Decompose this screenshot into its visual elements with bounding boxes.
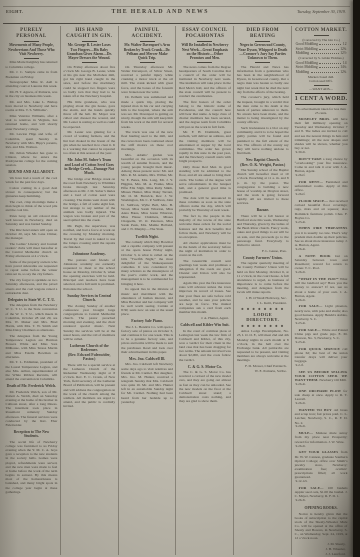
classified-ad: A NOTE BOOK lost on Saturday between tow… — [295, 254, 348, 271]
market-value: 12¾ — [340, 70, 346, 75]
paragraph: The delegates from the Newberry W. C. T.… — [6, 303, 58, 332]
classified-ad: ONE ORCHARD PLOW for sale cheap at once.… — [295, 389, 348, 401]
market-label: Middling — [296, 51, 309, 56]
headline-rule — [24, 41, 39, 42]
ad-lead: FOR SALE— — [299, 486, 324, 490]
signature: F. L. Gause, Pres. — [237, 249, 287, 253]
market-row: Middling12¾ — [295, 70, 348, 75]
paragraph: We have had a touch of the cool winds fo… — [6, 176, 58, 184]
ad-lead: MULE— — [299, 431, 314, 435]
paragraph: The fact is, the people in the majority … — [179, 214, 231, 239]
scan-edge-strip — [353, 0, 360, 557]
ad-code: 9-26-2t. — [296, 299, 348, 303]
box-title: LODGE DIRECTORY. — [237, 312, 289, 322]
subhead: Delegates to State W. C. T. U. — [7, 298, 57, 302]
subhead: C. & G. S. Motor Co. — [180, 365, 230, 369]
paragraph: In the court of common pleas at Lexingto… — [179, 329, 231, 362]
signature: F. D. Mower, Chief Patriarch. — [237, 364, 287, 368]
classified-note: No advertisement taken for less than 25 … — [295, 107, 348, 115]
paragraph: The social life of Newberry college was … — [6, 440, 58, 494]
ad-code: 9-26-4t. — [296, 383, 348, 387]
paragraph: The news comes from the Degree headquart… — [179, 65, 231, 98]
masthead-rule — [3, 23, 350, 24]
ad-lead: FOR SALE— — [299, 328, 321, 332]
paragraph: His little grandson, who was playing abo… — [63, 100, 115, 129]
paragraph: Stenographer Miss R. Aull is attending c… — [6, 80, 58, 88]
paragraph: There will be a special service at the L… — [63, 363, 115, 409]
column-1: PURELY PERSONALMovements of Many People,… — [3, 26, 61, 555]
ad-lead: A NOTE BOOK — [299, 254, 331, 258]
deck-rule — [255, 62, 270, 63]
paragraph: Pates Gray, an old colored man well know… — [6, 214, 58, 226]
masthead: EIGHT. THE HERALD AND NEWS Tuesday, Sept… — [6, 9, 346, 15]
classified-ad: MOSELEY BROS. will have their fall milli… — [295, 117, 348, 150]
paragraph: Mr. and Mrs. Luke L. Bishop have moved t… — [6, 100, 58, 112]
article-headline: PAINFUL ACCIDENT. — [121, 28, 173, 39]
ad-code: 9-26-tf. — [296, 174, 348, 178]
newspaper-page-scan: EIGHT. THE HERALD AND NEWS Tuesday, Sept… — [0, 0, 360, 557]
subhead: Mrs. Jno. Caldwell Ill. — [122, 357, 172, 361]
centered-note: —WANT ADS— — [295, 87, 348, 91]
ad-lead: DON’T TAKE — [299, 157, 322, 161]
paragraph: All charter applications must be in the … — [179, 241, 231, 258]
article-deck: Mr. George B. Lester Loses Two Fingers—H… — [64, 43, 114, 60]
column-4: ESSAY COUNCIL POCAHONTASWill Be Installe… — [176, 26, 234, 555]
paragraph: Some of the property owners who have pav… — [6, 260, 58, 277]
ad-lead: WHEN FIRE THREATENS — [299, 226, 348, 230]
paragraph: The delegates from the Young Temperance … — [6, 334, 58, 359]
subhead: Lutheran Church of the Redeemer. (Rev. E… — [64, 344, 114, 362]
paragraph: The city forgot to sprinkle on two Satur… — [6, 278, 58, 295]
classified-ad: FLOOR SPACE— Just received carload beaut… — [295, 199, 348, 220]
dotted-leader — [319, 49, 338, 50]
ad-lead: SEE US BEFORE SELLING YOUR COTTON SEED. … — [295, 370, 348, 382]
classified-ad: FOR SALE— White and Poland China pigs an… — [295, 328, 348, 340]
ad-code: 9-26-2t. — [296, 271, 348, 275]
deck-rule — [82, 62, 97, 63]
signature: J. J. Langford, — [295, 552, 346, 555]
column-3: PAINFUL ACCIDENT.Mr. Walter Davenport’s … — [119, 26, 177, 555]
ad-code: 9-2-tf. — [296, 364, 348, 368]
classified-ad: WHEN FIRE THREATENS you it is usually to… — [295, 226, 348, 247]
paragraph: Mr. T. L. Eddleman, president of the Lau… — [6, 360, 58, 381]
page-number: EIGHT. — [6, 9, 23, 14]
classified-ad: DON’T TAKE a long chance by “overlooking… — [295, 157, 348, 174]
paragraph: The coroner’s jury, which held the inque… — [237, 95, 289, 124]
paragraph: The Ritz hotel annex will open on Octobe… — [6, 228, 58, 240]
ad-lead: GET YOUR GLASSES — [299, 450, 339, 454]
subhead: Sunday Services in Central Church. — [64, 294, 114, 303]
ad-code: 9-26-2t. — [296, 402, 348, 406]
paragraph: Its appeal lies in the mixture of music … — [121, 287, 173, 316]
paragraph: The Herald and News has information from… — [237, 65, 289, 94]
paragraph: Miss Marie Keighley has returned to Colu… — [6, 60, 58, 68]
deck-rule — [140, 62, 155, 63]
paragraph: The first honors of the order belong to … — [179, 100, 231, 129]
paragraph: Mr. Lawton Hipp and wife, of Columbia, s… — [6, 132, 58, 149]
classified-ad: FOR SALE— Light phaeton, nearly new, wit… — [295, 304, 348, 321]
article-headline: PURELY PERSONAL — [6, 28, 58, 39]
classified-ad: GET YOUR GLASSES from Dr. W. W. Cannon, … — [295, 450, 348, 479]
ad-code: 9-26-2t. — [296, 445, 348, 449]
column-2: HIS HAND CAUGHT IN GIN.Mr. George B. Les… — [61, 26, 119, 555]
dotted-leader — [311, 53, 339, 54]
paragraph: The date will be announced in these colu… — [179, 196, 231, 213]
ad-code: 9-12-12t. — [296, 480, 348, 484]
dateline: Tuesday, September 30, 1919. — [297, 9, 346, 14]
paragraph: On Friday afternoon about five o’clock M… — [63, 65, 115, 98]
article-deck: Movements of Many People, Newberrians An… — [7, 43, 57, 56]
headline-rule — [255, 41, 270, 42]
ad-code: 9-26-4t. — [296, 248, 348, 252]
paragraph: Again this year the fire insurance rates… — [179, 281, 231, 314]
paragraph: Amos Lodge Encampment, No. 23, I. O. O. … — [237, 329, 289, 362]
ad-lead: WANTED TO BUY — [299, 408, 332, 412]
paragraph: Mrs. Jno. Caldwell left Newberry some da… — [121, 362, 173, 404]
signature: J. A. Hunter, Agent. — [179, 316, 229, 320]
ad-lead: MOSELEY BROS. — [299, 117, 331, 121]
paragraph: The C. & G. S. Motor Co. has received a … — [179, 370, 231, 403]
subhead: Bazaar. — [238, 208, 288, 212]
article-deck: Negro in Greenwood County, Near Dyson, W… — [238, 43, 288, 60]
signature: W. E. Pomaria, Scribe. — [237, 369, 287, 373]
headline-rule — [197, 41, 212, 42]
subhead: Factory Sale Piano. — [122, 319, 172, 323]
paragraph: The cool, crisp mornings make a man begi… — [6, 200, 58, 212]
classified-ad: FOR SALE— 100 bushels Appler seed oats, … — [295, 486, 348, 498]
paragraph: The regular quarterly meeting of the Cou… — [237, 261, 289, 294]
article-headline: ESSAY COUNCIL POCAHONTAS — [179, 28, 231, 39]
headline-rule — [314, 35, 329, 36]
market-label: Middling — [296, 70, 309, 75]
dotted-leader — [319, 67, 338, 68]
subhead: Reception to The New Students. — [7, 430, 57, 439]
dotted-leader — [311, 72, 339, 73]
paragraph: The Ladies’ Literary and Journal readers… — [6, 242, 58, 259]
paragraph: On Thursday afternoon Mr. Walter Davenpo… — [121, 65, 173, 94]
newspaper-title: THE HERALD AND NEWS — [112, 9, 209, 15]
centered-note: Market closed dull. — [295, 75, 348, 79]
ad-code: 9-30-2t. — [296, 151, 348, 155]
paragraph: Mr. Lester was ginning for a crowd of wa… — [63, 130, 115, 155]
dotted-leader — [319, 44, 341, 45]
ad-code: 9-26-2t. — [296, 425, 348, 429]
paragraph: Mr. J. C. Sample came in from Bookman on… — [6, 70, 58, 78]
classified-header: 1 CENT A WORD. — [295, 93, 348, 105]
subhead: New Baptist Church. (Rev. O. K. Wright, … — [238, 158, 288, 167]
column-grid: PURELY PERSONALMovements of Many People,… — [3, 26, 350, 555]
classified-ad: “WHAT IN THE 1920?” What will the landlo… — [295, 277, 348, 298]
paragraph: The Greenville council sent greetings la… — [179, 259, 231, 280]
subhead: Mr. John M. Suber’s Team and Load of Cot… — [64, 158, 114, 176]
paragraph: Mr. Julian Wheeler has gone to Clinton, … — [6, 151, 58, 168]
paragraph: The closing Sunday of another conference… — [63, 304, 115, 341]
paragraph: The truck was one of the new fleet hauli… — [121, 130, 173, 151]
paragraph: Mr. Frederick Welch, son of Mr. Robert A… — [6, 390, 58, 427]
ad-lead: ONE ORCHARD PLOW — [299, 389, 341, 393]
separator-rule — [314, 85, 329, 86]
subhead: Twelfth Night. — [122, 235, 172, 239]
article-headline: COTTON MARKET. — [295, 28, 348, 34]
deck-rule — [24, 58, 39, 59]
ad-lead: FOR QUICK SERVICE — [299, 347, 340, 351]
subhead: ROUND AND ALL ABOUT. — [7, 170, 57, 174]
ad-lead: FOR SALE— — [299, 304, 323, 308]
article-headline: HIS HAND CAUGHT IN GIN. — [63, 28, 115, 39]
column-5: DIED FROM BEATINGNegro in Greenwood Coun… — [234, 26, 292, 555]
paragraph: There will be a fall bazaar at Hartford … — [237, 214, 289, 247]
paragraph: Mr. H. T. Agnew, of Pomaria, was in the … — [6, 90, 58, 98]
ad-code: 9-23-4t. — [296, 322, 348, 326]
signature: J. L. Keitt, President. — [237, 301, 287, 305]
paragraph: The patrons and friends of Johnstone aca… — [63, 258, 115, 291]
paragraph: Mr. F. H. Dominick, great sachem, will d… — [179, 130, 231, 163]
paragraph: Mrs. Adams’ garden was beautiful on the … — [121, 153, 173, 232]
centered-note: (Corrected by S. Gilder Holmes.) — [295, 56, 348, 60]
ad-lead: “WHAT IN THE 1920?” — [299, 277, 339, 281]
signature: J. H. O’Neall Holloway, Sec. — [237, 296, 287, 300]
article-deck: Mr. Walter Davenport’s Arm Broken by Tru… — [122, 43, 172, 60]
masthead-top-rule — [3, 6, 350, 7]
paragraph: Such lawlessness is a blot on any commun… — [237, 126, 289, 155]
centered-note: (Corrected by The Gin Co.) — [295, 38, 348, 42]
paragraph: The bridge over Bridge creek on the road… — [63, 177, 115, 223]
paragraph: Cotton coming in a good deal slower in c… — [6, 186, 58, 198]
article-deck: Will Be Installed in Newberry Next Week—… — [180, 43, 230, 60]
subhead: OPENING BOOKS. — [296, 506, 347, 510]
ad-code: 9-26-3t. — [296, 499, 348, 503]
subhead: County Farmers’ Union. — [238, 256, 288, 260]
paragraph: The J. L. Hendrix Co. will open a factor… — [121, 325, 173, 354]
paragraph: The Sunday school of the Baptist church … — [237, 168, 289, 205]
signature: J. B. Wheeler, — [295, 547, 346, 551]
paragraph: Only those Red Men in good standing will… — [179, 165, 231, 194]
classified-ad: SEE US BEFORE SELLING YOUR COTTON SEED. … — [295, 370, 348, 382]
ornament-row: ✱ ✱ ✱ ✱ ✱ ✱ ✱ ✱ — [237, 324, 289, 328]
paragraph: Notice is hereby given that the books of… — [295, 512, 348, 541]
ornament-row: ✱ ✱ ✱ ✱ ✱ ✱ ✱ ✱ — [237, 307, 289, 311]
paragraph: Mr. Pugh, the supervisor, was notified, … — [63, 224, 115, 249]
headline-rule — [82, 41, 97, 42]
article-headline: DIED FROM BEATING — [237, 28, 289, 39]
column-6: COTTON MARKET.(Corrected by The Gin Co.)… — [292, 26, 350, 555]
market-row: Middling12½ — [295, 51, 348, 56]
subhead: Caldwell and Kibler Win Suit. — [180, 323, 230, 327]
headline-rule — [140, 41, 155, 42]
centered-note: Cotton seed 66½. — [295, 79, 348, 83]
deck-rule — [197, 62, 212, 63]
paragraph: Miss Vantrice Williams, after a visit to… — [6, 114, 58, 131]
classified-ad: FOR RENT— Furnished and unfurnished room… — [295, 180, 348, 192]
dotted-leader — [319, 63, 341, 64]
ad-code: 9-23-4t. — [296, 221, 348, 225]
market-value: 12½ — [340, 51, 346, 56]
subhead: Death of Mr. Frederick Welch. — [7, 384, 57, 388]
signature: J. M. Shealy, — [295, 542, 346, 546]
classified-ad: FOR QUICK SERVICE call phone 62; the bes… — [295, 347, 348, 364]
subhead: Johnstone Academy. — [64, 252, 114, 256]
ad-code: 9-26-tf. — [296, 193, 348, 197]
classified-ad: MULE— Maltese mule astray from my place … — [295, 431, 348, 443]
paragraph: Dr. Pelham was summoned and made a quick… — [121, 95, 173, 128]
ad-lead: FOR RENT— — [299, 180, 323, 184]
ad-lead: FLOOR SPACE— — [299, 199, 328, 203]
paragraph: The comedy which May Bowmar and a capabl… — [121, 240, 173, 286]
classified-ad: WANTED TO BUY old brass and scrap iron; … — [295, 408, 348, 425]
ad-code: 9-23-4t. — [296, 341, 348, 345]
